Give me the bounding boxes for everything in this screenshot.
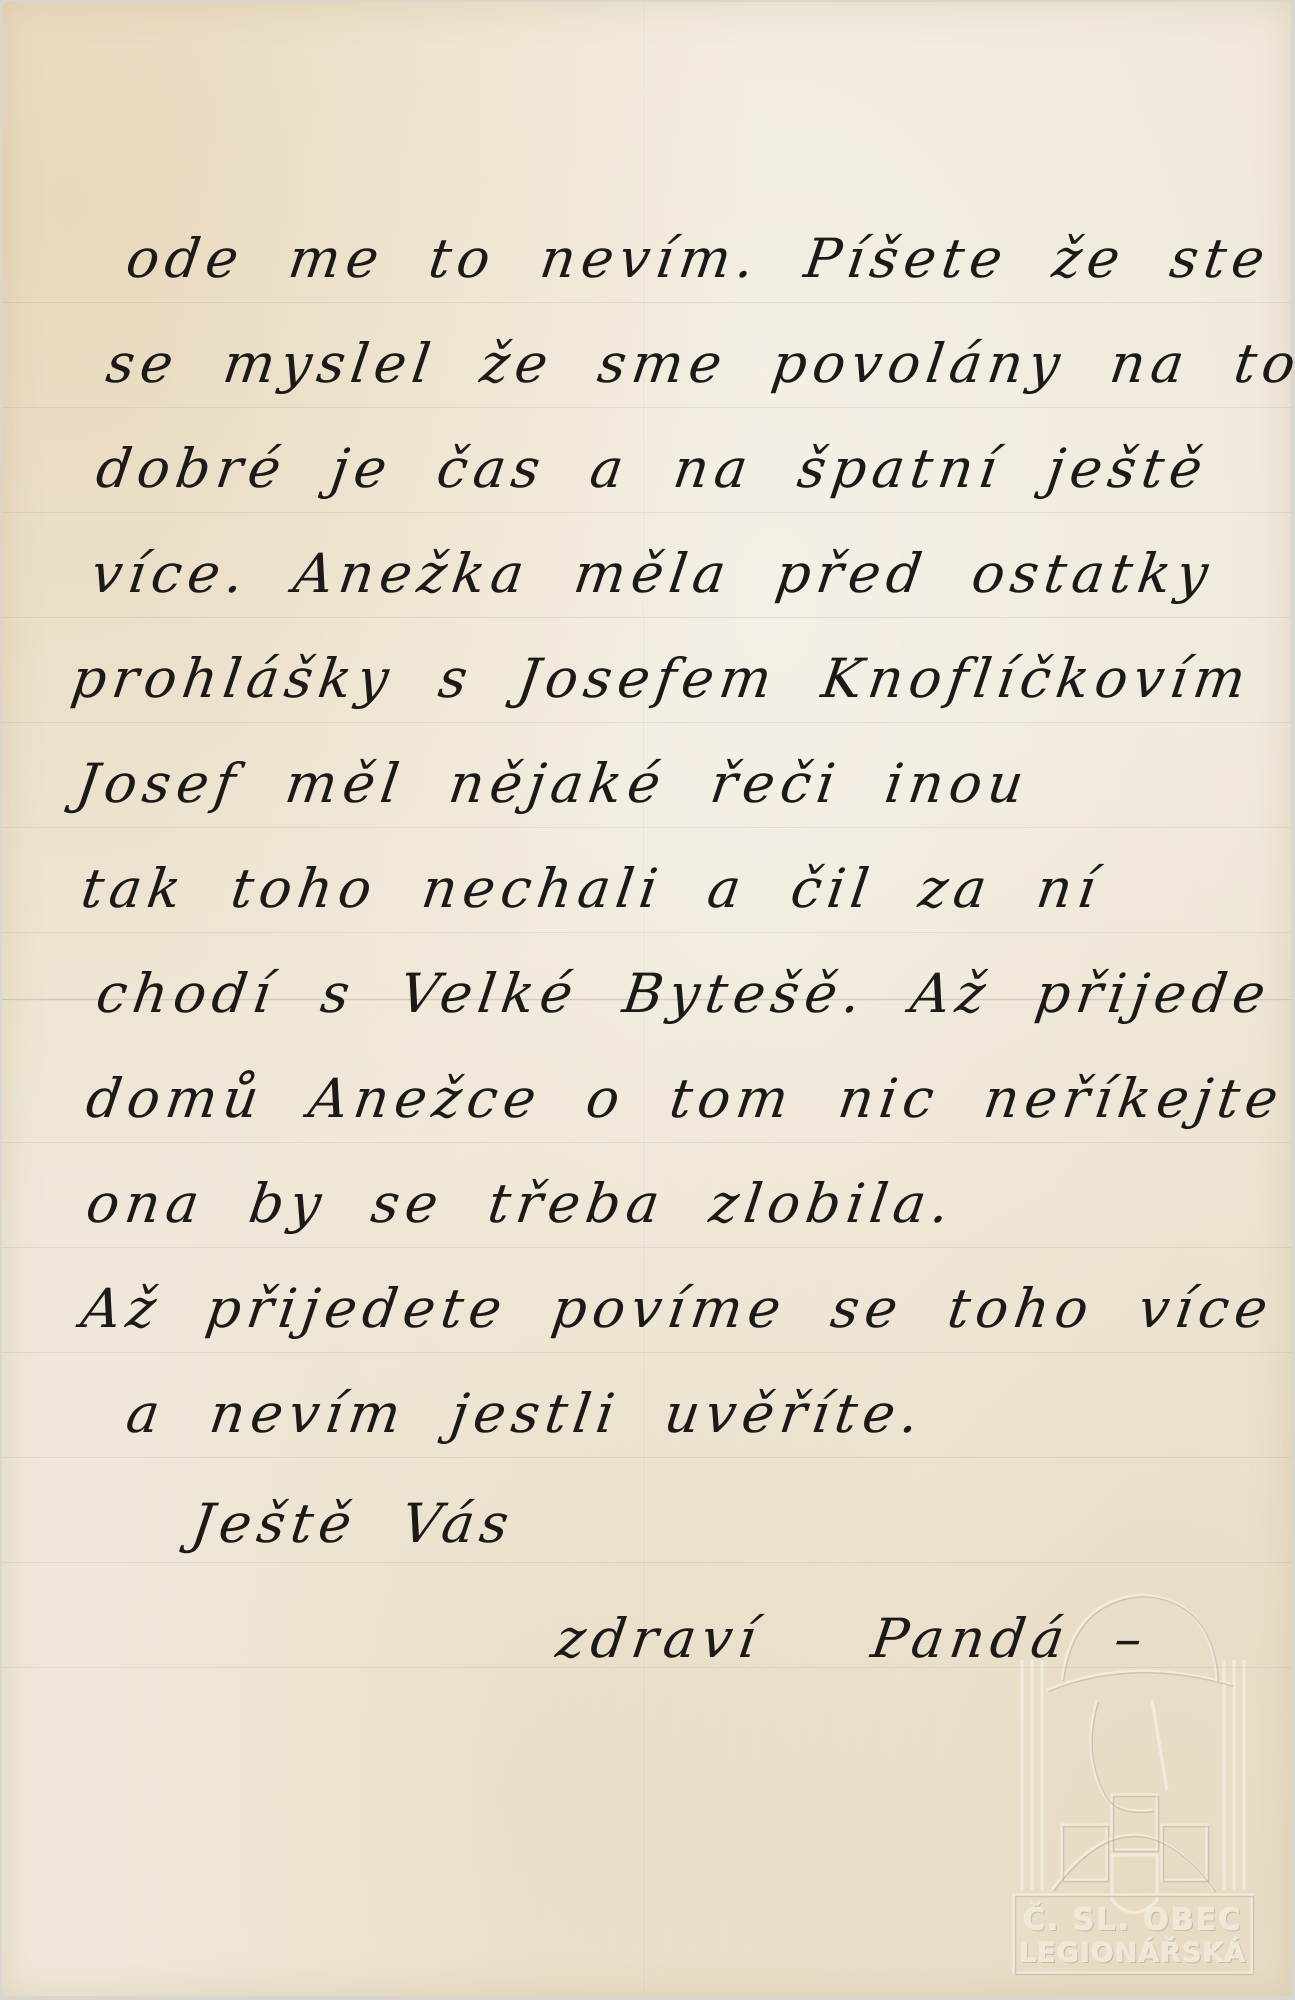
legion-embossed-seal: Č. SL. OBEC LEGIONÁŘSKÁ (1002, 1560, 1264, 1980)
seal-text-line-1: Č. SL. OBEC (1002, 1903, 1264, 1938)
letter-line-3: dobré je čas a na špatní ještě (93, 437, 1213, 500)
ruled-line (2, 1247, 1291, 1248)
closing-zdravi: zdraví (553, 1607, 767, 1670)
letter-line-4: více. Anežka měla před ostatky (88, 542, 1218, 605)
ruled-line (2, 1457, 1291, 1458)
letter-line-9: domů Anežce o tom nic neříkejte (83, 1067, 1288, 1130)
letter-line-2: se myslel že sme povolány na to (103, 332, 1295, 395)
ruled-line (2, 617, 1291, 618)
letter-line-1: ode me to nevím. Píšete že ste (123, 227, 1275, 290)
ruled-line (2, 827, 1291, 828)
closing-greeting: Ještě Vás (188, 1492, 519, 1555)
seal-text-line-2: LEGIONÁŘSKÁ (1002, 1938, 1264, 1969)
letter-line-12: a nevím jestli uvěříte. (123, 1382, 929, 1445)
ruled-line (2, 512, 1291, 513)
ruled-line (2, 722, 1291, 723)
letter-line-8: chodí s Velké Bytešě. Až přijede (93, 962, 1276, 1025)
letter-line-5: prohlášky s Josefem Knoflíčkovím (68, 647, 1256, 710)
ruled-line (2, 932, 1291, 933)
ruled-line (2, 1352, 1291, 1353)
letter-line-10: ona by se třeba zlobila. (83, 1172, 960, 1235)
ruled-line (2, 1142, 1291, 1143)
ruled-line (2, 407, 1291, 408)
letter-line-6: Josef měl nějaké řeči inou (73, 752, 1034, 815)
ruled-line (2, 302, 1291, 303)
letter-line-11: Až přijedete povíme se toho více (78, 1277, 1278, 1340)
letter-line-7: tak toho nechali a čil za ní (78, 857, 1106, 920)
